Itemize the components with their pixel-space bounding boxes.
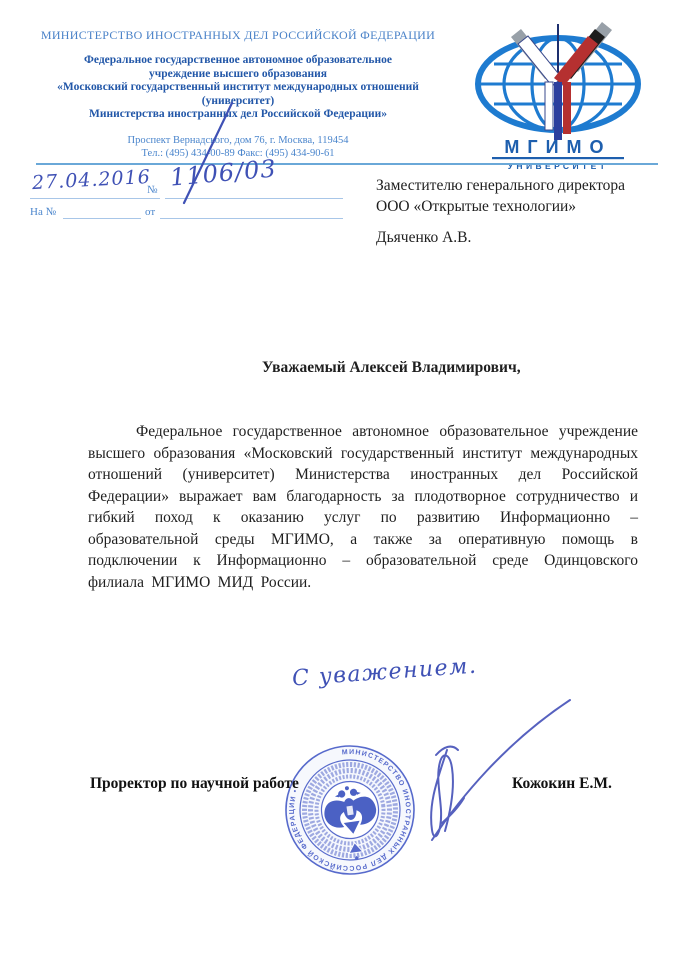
handwritten-date: 27.04.2016 [32, 166, 152, 194]
reply-from-label: от [145, 206, 155, 218]
date-underline [30, 198, 160, 199]
logo-underline [492, 157, 624, 159]
number-sign-label: № [147, 184, 158, 196]
org-line-2: учреждение высшего образования [26, 68, 450, 82]
mgimo-logo: МГИМО УНИВЕРСИТЕТ [472, 20, 644, 177]
reply-number-label: На № [30, 206, 56, 218]
mgimo-logo-icon: МГИМО УНИВЕРСИТЕТ [472, 20, 644, 172]
letter-paragraph: Федеральное государственное автономное о… [88, 421, 638, 593]
handwritten-slash-stroke [170, 95, 250, 210]
ministry-line: МИНИСТЕРСТВО ИНОСТРАННЫХ ДЕЛ РОССИЙСКОЙ … [26, 28, 450, 43]
reply-number-underline [63, 218, 141, 219]
reply-date-underline [160, 218, 343, 219]
recipient-line-1: Заместителю генерального директора [376, 175, 651, 196]
org-line-1: Федеральное государственное автономное о… [26, 54, 450, 68]
handwritten-closing: С уважением. [291, 654, 478, 692]
signer-position-title: Проректор по научной работе [90, 775, 299, 793]
recipient-name: Дьяченко А.В. [376, 229, 471, 247]
salutation: Уважаемый Алексей Владимирович, [262, 359, 521, 377]
org-line-3: «Московский государственный институт меж… [26, 81, 450, 95]
scanned-letter-page: МИНИСТЕРСТВО ИНОСТРАННЫХ ДЕЛ РОССИЙСКОЙ … [0, 0, 678, 960]
recipient-line-2: ООО «Открытые технологии» [376, 196, 651, 217]
recipient-block: Заместителю генерального директора ООО «… [376, 175, 651, 217]
logo-acronym: МГИМО [504, 137, 611, 157]
handwritten-signature [380, 688, 590, 853]
letterhead-divider [36, 163, 658, 165]
